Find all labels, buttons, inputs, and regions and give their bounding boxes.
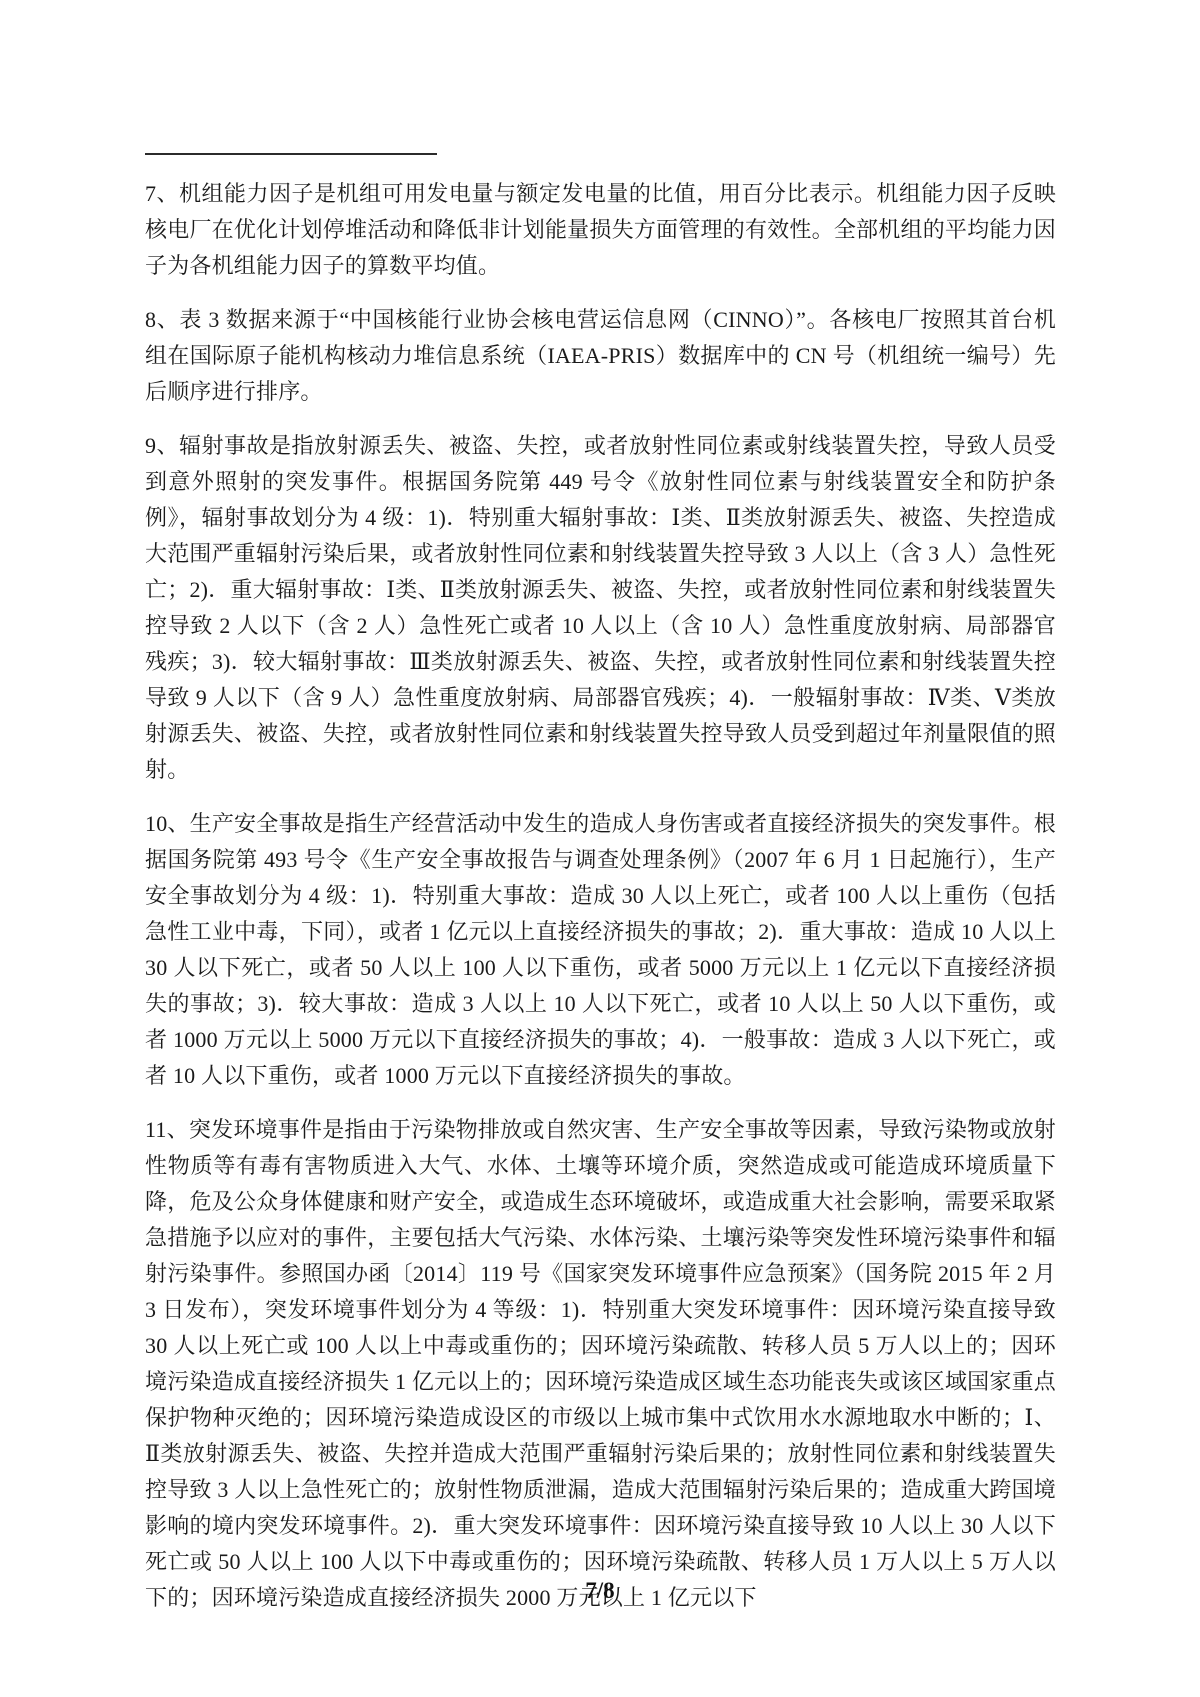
footnote-10: 10、生产安全事故是指生产经营活动中发生的造成人身伤害或者直接经济损失的突发事件… [145, 806, 1056, 1094]
footnote-7: 7、机组能力因子是机组可用发电量与额定发电量的比值，用百分比表示。机组能力因子反… [145, 176, 1056, 284]
footnote-11: 11、突发环境事件是指由于污染物排放或自然灾害、生产安全事故等因素，导致污染物或… [145, 1112, 1056, 1616]
footnote-9: 9、辐射事故是指放射源丢失、被盗、失控，或者放射性同位素或射线装置失控，导致人员… [145, 428, 1056, 788]
page-number: 7/8 [0, 1578, 1200, 1604]
footnote-separator-rule [145, 153, 437, 155]
footnote-8: 8、表 3 数据来源于“中国核能行业协会核电营运信息网（CINNO）”。各核电厂… [145, 302, 1056, 410]
document-page: 7、机组能力因子是机组可用发电量与额定发电量的比值，用百分比表示。机组能力因子反… [0, 0, 1200, 1697]
footnotes-section: 7、机组能力因子是机组可用发电量与额定发电量的比值，用百分比表示。机组能力因子反… [145, 153, 1056, 1616]
